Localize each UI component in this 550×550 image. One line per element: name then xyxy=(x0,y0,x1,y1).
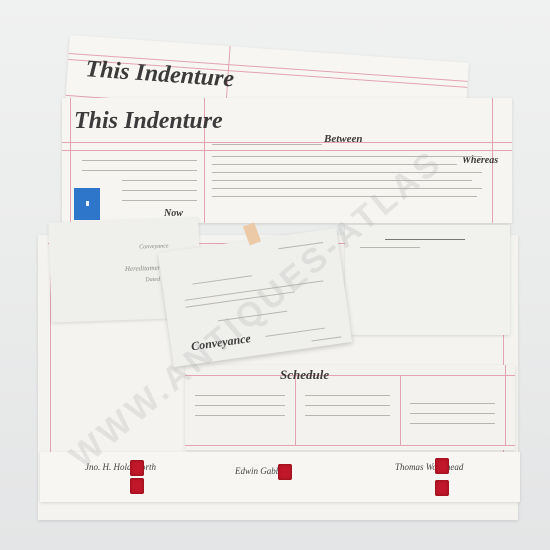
wax-seal xyxy=(130,478,144,494)
signature-right: Thomas Woodhead xyxy=(395,462,463,472)
blue-revenue-stamp xyxy=(74,188,100,220)
between-label: Between xyxy=(324,133,363,145)
packet-line-3: Dated xyxy=(145,277,160,284)
wax-seal xyxy=(278,464,292,480)
second-indenture-heading: This Indenture xyxy=(74,108,223,135)
schedule-heading: Schedule xyxy=(280,367,329,383)
signature-strip: Jno. H. Holdsworth Edwin Gabbutt Thomas … xyxy=(40,452,520,502)
folded-flap-right xyxy=(345,225,510,335)
second-indenture-sheet: This Indenture Between Whereas Now xyxy=(62,98,512,223)
top-indenture-heading: This Indenture xyxy=(85,56,235,93)
wax-seal xyxy=(130,460,144,476)
schedule-sheet: Schedule xyxy=(185,365,515,450)
wax-seal xyxy=(435,458,449,474)
packet-line-1: Conveyance xyxy=(139,243,169,250)
wax-seal xyxy=(435,480,449,496)
